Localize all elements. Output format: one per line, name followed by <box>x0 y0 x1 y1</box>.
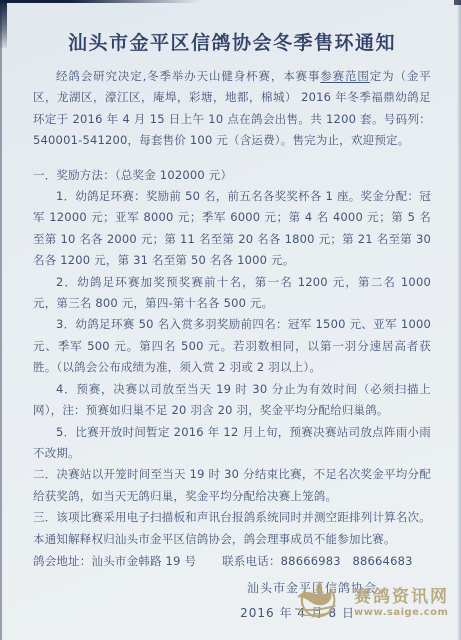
section-2-paragraph: 二．决赛站以开笼时间至当天 19 时 30 分结束比赛，不足名次奖金平均分配给获… <box>33 464 431 507</box>
section-1-heading: 一．奖励方法：（总奖金 102000 元） <box>33 165 431 186</box>
contact-phone: 联系电话：88666983 88664683 <box>222 554 412 568</box>
intro-text-pre: 经鸽会研究决定,冬季举办天山健身杯赛，本赛事 <box>56 69 320 83</box>
notice-content: 汕头市金平区信鸽协会冬季售环通知 经鸽会研究决定,冬季举办天山健身杯赛，本赛事参… <box>0 0 461 625</box>
scanned-notice-page: 汕头市金平区信鸽协会冬季售环通知 经鸽会研究决定,冬季举办天山健身杯赛，本赛事参… <box>0 0 461 640</box>
section-1-item-3: 3．幼鸽足环赛 50 名入赏多羽奖励前四名：冠军 1500 元、亚军 1000 … <box>33 314 431 378</box>
section-1-item-2: 2．幼鸽足环赛加奖预奖赛前十名，第一名 1200 元，第二名 1000 元，第三… <box>33 272 431 315</box>
notice-title: 汕头市金平区信鸽协会冬季售环通知 <box>33 30 431 56</box>
contact-address: 鸽会地址：汕头市金韩路 19 号 <box>33 554 196 568</box>
pigeon-logo-icon <box>291 578 349 628</box>
saige-watermark: 赛鸽资讯网 www.saige.com <box>291 578 449 628</box>
watermark-site-name: 赛鸽资讯网 <box>354 588 449 607</box>
intro-text-underlined: 参赛范围 <box>320 69 369 83</box>
section-1-item-1: 1．幼鸽足环赛：奖励前 50 名，前五名各奖奖杯各 1 座。奖金分配：冠军 12… <box>33 186 431 272</box>
section-3-paragraph: 三．该项比赛采用电子扫描板和声讯台报鸽系统同时并测空距排列计算名次。本通知解释权… <box>33 507 431 550</box>
watermark-site-url: www.saige.com <box>354 607 449 619</box>
intro-paragraph: 经鸽会研究决定,冬季举办天山健身杯赛，本赛事参赛范围定为（金平区，龙湖区，濠江区… <box>33 66 431 152</box>
section-1-item-4: 4．预赛，决赛以司放至当天 19 时 30 分止为有效时间（必须扫描上网），注：… <box>33 379 431 422</box>
watermark-text-block: 赛鸽资讯网 www.saige.com <box>354 588 449 619</box>
section-1-item-5: 5．比赛开放时间暂定 2016 年 12 月上旬，预赛决赛站司放点阵雨小雨不改期… <box>33 422 431 465</box>
contact-line: 鸽会地址：汕头市金韩路 19 号联系电话：88666983 88664683 <box>33 551 431 572</box>
